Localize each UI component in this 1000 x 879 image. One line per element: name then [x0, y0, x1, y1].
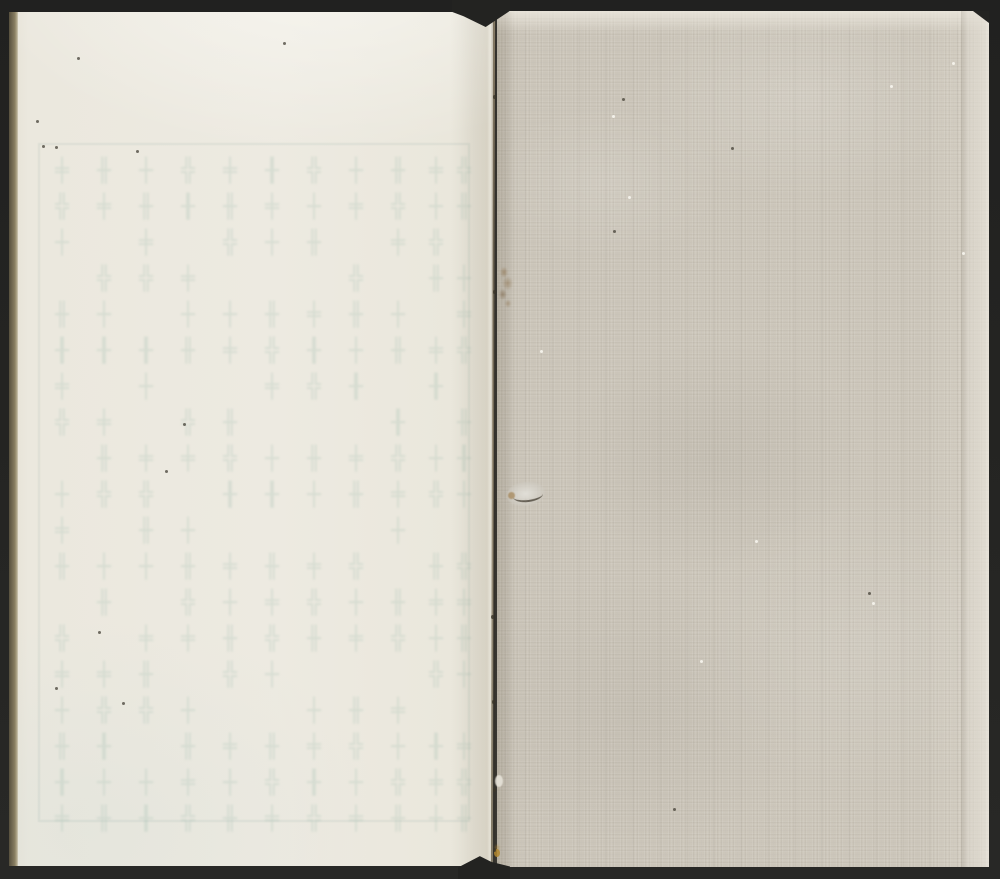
dust-speck: [283, 42, 286, 45]
pale-blob: [495, 775, 503, 787]
dust-speck: [165, 470, 168, 473]
paper-fleck: [962, 252, 965, 255]
dust-speck: [868, 592, 871, 595]
right-page: [497, 11, 989, 867]
page-fore-edge: [961, 11, 989, 867]
paper-fleck: [755, 540, 758, 543]
crease-dot: [493, 788, 496, 792]
bleed-column: ╬╂ ╪┼╫ ╬╪ ┼╫╬╪ ┼╫╪╬: [176, 158, 199, 842]
bleed-column: ╬╫ ┼╪╬ ╫╂┼ ╬╪╫┼ ╪╬╫: [452, 158, 475, 842]
bleed-column: ╪┼╬╫ ╪╂ ┼╬ ╫╪┼╬ ╂╪┼: [424, 158, 447, 842]
dust-speck: [55, 146, 58, 149]
paper-fleck: [612, 115, 615, 118]
bleed-column: ╫╪ ╬┼╂ ╪╫╬ ┼╫ ╪╬╂┼╫: [92, 158, 115, 842]
paper-texture: [497, 11, 989, 867]
brown-mottled-stain: [496, 264, 516, 310]
paper-fleck: [628, 196, 631, 199]
paper-fleck: [952, 62, 955, 65]
crease-dot: [491, 615, 494, 619]
dust-speck: [42, 145, 45, 148]
bleed-column: ╬┼╫ ╪╂╬ ╫┼ ╪╬╫ ┼╪╂╬: [302, 158, 325, 842]
dust-speck: [183, 423, 186, 426]
dust-speck: [622, 98, 625, 101]
bleed-column: ╪╬┼ ╫╂╪╬ ┼╪╫ ╬╪┼╫╂╪: [50, 158, 73, 842]
dust-speck: [731, 147, 734, 150]
cover-edge-strip: [9, 12, 18, 866]
left-page: ╪╬┼ ╫╂╪╬ ┼╪╫ ╬╪┼╫╂╪╫╪ ╬┼╂ ╪╫╬ ┼╫ ╪╬╂┼╫┼╫…: [9, 12, 493, 866]
dust-speck: [613, 230, 616, 233]
crease-dot: [492, 700, 495, 704]
crease-dot: [493, 290, 496, 294]
page-top-light-edge: [497, 11, 989, 33]
dust-speck: [122, 702, 125, 705]
crease-dot: [493, 848, 496, 852]
dust-speck: [36, 120, 39, 123]
dust-speck: [98, 631, 101, 634]
tear-stain-dot: [508, 492, 515, 499]
dust-speck: [673, 808, 676, 811]
bleed-column: ┼╫╪╬ ╂┼ ╪╬╫┼ ╪╫╬ ┼╂: [134, 158, 157, 842]
bleed-column: ╫╬╪ ┼╫ ╂╬╪┼ ╫╬ ╪┼╬╫: [386, 158, 409, 842]
paper-fleck: [540, 350, 543, 353]
dust-speck: [77, 57, 80, 60]
bleed-column: ┼╪ ╬╫┼╂ ╪╫ ╬┼╪ ╫╬┼╪: [344, 158, 367, 842]
dust-speck: [55, 687, 58, 690]
bleed-column: ╂╪┼ ╫╬╪ ┼╂ ╫╪╬┼ ╫╬╪: [260, 158, 283, 842]
paper-fleck: [700, 660, 703, 663]
book-scan: ╪╬┼ ╫╂╪╬ ┼╪╫ ╬╪┼╫╂╪╫╪ ╬┼╂ ╪╫╬ ┼╫ ╪╬╂┼╫┼╫…: [0, 0, 1000, 879]
dust-speck: [136, 150, 139, 153]
paper-fleck: [872, 602, 875, 605]
paper-tear: [506, 480, 550, 510]
crease-dot: [493, 95, 496, 99]
bleed-column: ╪╫╬ ┼╪ ╫╬╂ ╪┼╫╬ ╪┼╫: [218, 158, 241, 842]
paper-fleck: [890, 85, 893, 88]
